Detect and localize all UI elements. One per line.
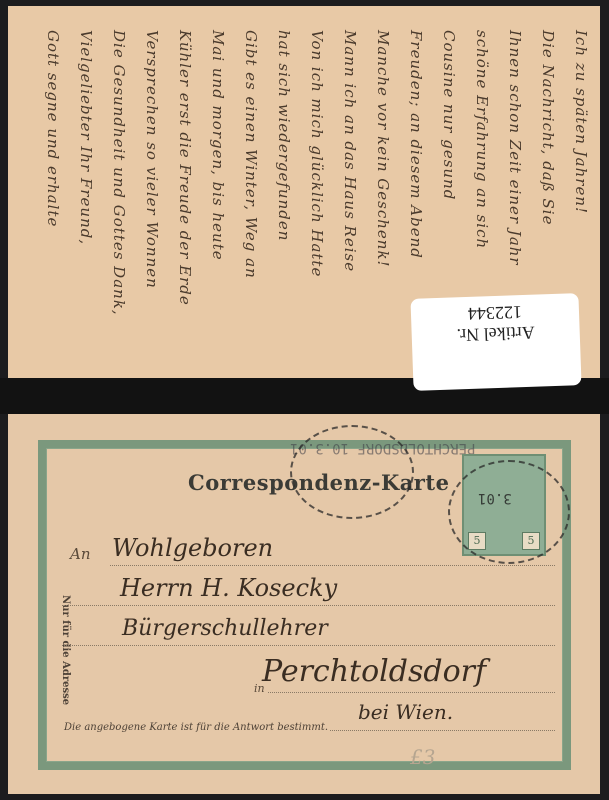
postmark-circle-right [448,460,570,564]
message-line: Mai und morgen, bis heute [209,30,227,261]
article-label: Artikel Nr. 122344 [410,293,581,391]
message-line: Manche vor kein Geschenk! [374,30,392,268]
message-line: Kühler erst die Freude der Erde [176,30,194,306]
message-line: Vielgeliebter Ihr Freund, [77,30,95,245]
message-line: Versprechen so vieler Wonnen [143,30,161,289]
an-label: An [70,545,91,563]
address-line-2 [62,605,555,606]
pencil-price-mark: £3 [410,745,435,769]
message-line: hat sich wiedergefunden [275,30,293,241]
message-line: Ich zu späten Jahren! [572,30,590,214]
address-line-5 [330,730,555,731]
message-line: Ihnen schon Zeit einer Jahr [506,30,524,266]
message-line: Gibt es einen Winter, Weg an [242,30,260,279]
footer-note: Die angebogene Karte ist für die Antwort… [64,722,328,733]
message-line: Die Nachricht, daß Sie [539,30,557,225]
address-line-3 [62,645,555,646]
message-line: Cousine nur gesund [440,30,458,200]
address-line-text-4: Perchtoldsdorf [262,654,486,689]
message-line: Mann ich an das Haus Reise [341,30,359,272]
postmark-circle-left [290,425,414,519]
message-line: Freuden; an diesem Abend [407,30,425,259]
address-line-text-2: Herrn H. Kosecky [120,574,337,602]
address-line-text-5: bei Wien. [358,700,453,724]
address-line-4 [268,692,555,693]
message-line: Die Gesundheit und Gottes Dank, [110,30,128,316]
postmark-right: 3.01 [478,490,512,506]
message-line: Gott segne und erhalte [44,30,62,227]
message-line: schöne Erfahrung an sich [473,30,491,249]
message-line: Von ich mich glücklich Hatte [308,30,326,277]
address-line-text-3: Bürgerschullehrer [122,616,328,641]
address-line-text-1: Wohlgeboren [112,534,273,562]
address-side-label: Nur für die Adresse [60,595,71,705]
address-line-1 [110,565,555,566]
